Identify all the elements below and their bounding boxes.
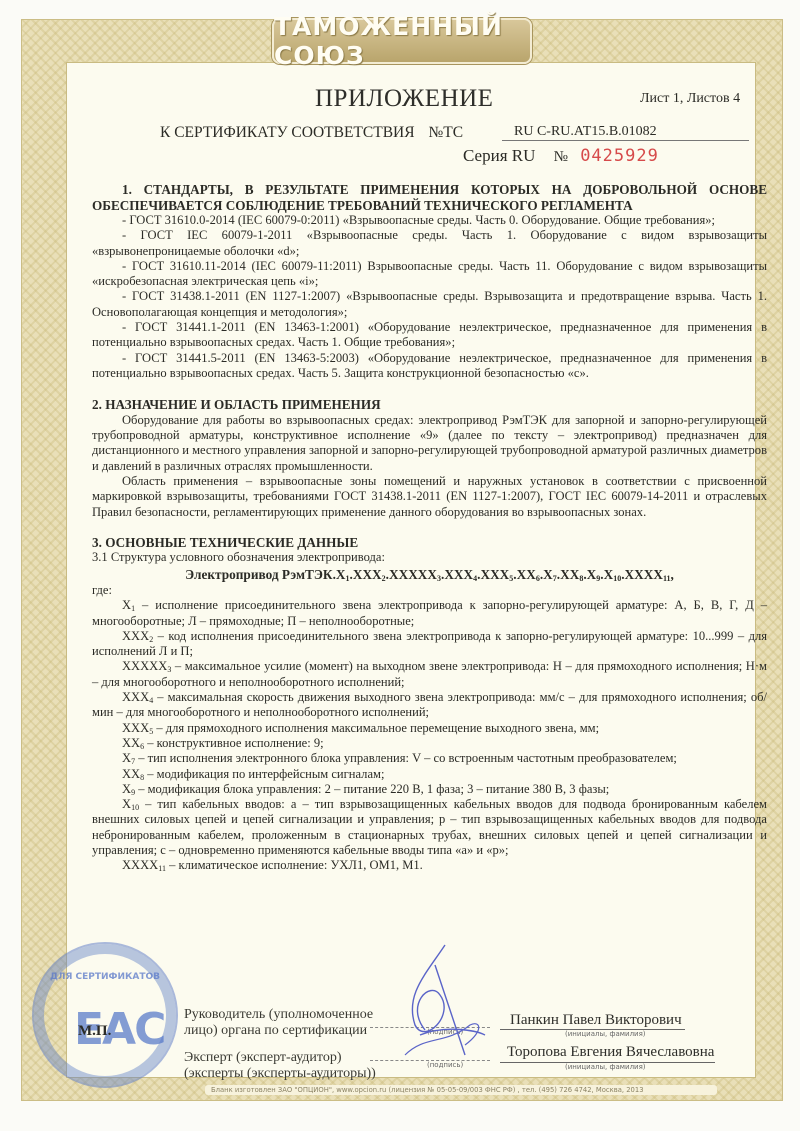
cert-prefix: №ТС [428, 124, 463, 141]
definition-item: X9 – модификация блока управления: 2 – п… [92, 782, 767, 797]
certification-body-stamp: ДЛЯ СЕРТИФИКАТОВ ЕАС [32, 942, 178, 1088]
standard-item: - ГОСТ 31610.11-2014 (IEC 60079-11:2011)… [92, 259, 767, 290]
document-content: 1. СТАНДАРТЫ, В РЕЗУЛЬТАТЕ ПРИМЕНЕНИЯ КО… [92, 182, 767, 874]
definition-item: XX8 – модификация по интерфейсным сигнал… [92, 767, 767, 782]
head-name-caption: (инициалы, фамилия) [565, 1030, 646, 1038]
definition-item: X10 – тип кабельных вводов: а – тип взры… [92, 797, 767, 858]
handwritten-signature-icon [385, 935, 495, 1075]
certificate-reference: К СЕРТИФИКАТУ СООТВЕТСТВИЯ №ТС RU С-RU.А… [160, 124, 463, 142]
expert-name-caption: (инициалы, фамилия) [565, 1063, 646, 1071]
definition-item: XXX5 – для прямоходного исполнения макси… [92, 721, 767, 736]
structure-subheading: 3.1 Структура условного обозначения элек… [92, 550, 767, 565]
expert-label-line-2: (эксперты (эксперты-аудиторы)) [184, 1066, 376, 1082]
standard-item: - ГОСТ 31438.1-2011 (EN 1127-1:2007) «Вз… [92, 289, 767, 320]
standard-item: - ГОСТ 31441.5-2011 (EN 13463-5:2003) «О… [92, 351, 767, 382]
definition-item: XXXX11 – климатическое исполнение: УХЛ1,… [92, 858, 767, 873]
cert-number: RU С-RU.АТ15.В.01082 [502, 124, 749, 141]
sheet-info: Лист 1, Листов 4 [640, 91, 740, 107]
purpose-paragraphs: Оборудование для работы во взрывоопасных… [92, 413, 767, 520]
definition-item: XX6 – конструктивное исполнение: 9; [92, 736, 767, 751]
definition-item: XXX2 – код исполнения присоединительного… [92, 629, 767, 660]
purpose-paragraph: Область применения – взрывоопасные зоны … [92, 474, 767, 520]
stamp-text: ДЛЯ СЕРТИФИКАТОВ [34, 972, 176, 983]
standards-list: - ГОСТ 31610.0-2014 (IEC 60079-0:2011) «… [92, 213, 767, 381]
designation-formula: Электропривод РэмТЭК.X1.XXX2.XXXXX3.XXX4… [92, 567, 767, 582]
expert-label: Эксперт (эксперт-аудитор) (эксперты (экс… [184, 1050, 376, 1082]
seal-label: М.П. [78, 1023, 111, 1040]
purpose-paragraph: Оборудование для работы во взрывоопасных… [92, 413, 767, 474]
definition-item: X7 – тип исполнения электронного блока у… [92, 751, 767, 766]
expert-name: Торопова Евгения Вячеславовна [507, 1044, 714, 1061]
section-2-heading: 2. НАЗНАЧЕНИЕ И ОБЛАСТЬ ПРИМЕНЕНИЯ [92, 397, 767, 413]
standard-item: - ГОСТ 31610.0-2014 (IEC 60079-0:2011) «… [92, 213, 767, 228]
head-label: Руководитель (уполномоченное лицо) орган… [184, 1007, 373, 1039]
series-number: 0425929 [580, 146, 659, 166]
head-name: Панкин Павел Викторович [510, 1012, 682, 1029]
standard-item: - ГОСТ 31441.1-2011 (EN 13463-1:2001) «О… [92, 320, 767, 351]
head-label-line-2: лицо) органа по сертификации [184, 1023, 373, 1039]
section-1-heading: 1. СТАНДАРТЫ, В РЕЗУЛЬТАТЕ ПРИМЕНЕНИЯ КО… [92, 182, 767, 213]
head-label-line-1: Руководитель (уполномоченное [184, 1007, 373, 1023]
customs-union-banner: ТАМОЖЕННЫЙ СОЮЗ [272, 18, 532, 64]
page-title: ПРИЛОЖЕНИЕ [315, 85, 493, 113]
definition-item: X1 – исполнение присоединительного звена… [92, 598, 767, 629]
cert-label: К СЕРТИФИКАТУ СООТВЕТСТВИЯ [160, 124, 415, 141]
section-3-heading: 3. ОСНОВНЫЕ ТЕХНИЧЕСКИЕ ДАННЫЕ [92, 535, 767, 551]
where-label: где: [92, 583, 767, 598]
form-printer-footer: Бланк изготовлен ЗАО "ОПЦИОН", www.opcio… [205, 1085, 717, 1095]
series-line: Серия RU № 0425929 [463, 146, 659, 166]
series-label: Серия RU [463, 146, 535, 165]
designation-definitions: X1 – исполнение присоединительного звена… [92, 598, 767, 873]
definition-item: XXX4 – максимальная скорость движения вы… [92, 690, 767, 721]
number-sign: № [554, 149, 568, 165]
standard-item: - ГОСТ IEC 60079-1-2011 «Взрывоопасные с… [92, 228, 767, 259]
expert-label-line-1: Эксперт (эксперт-аудитор) [184, 1050, 376, 1066]
definition-item: XXXXX3 – максимальное усилие (момент) на… [92, 659, 767, 690]
